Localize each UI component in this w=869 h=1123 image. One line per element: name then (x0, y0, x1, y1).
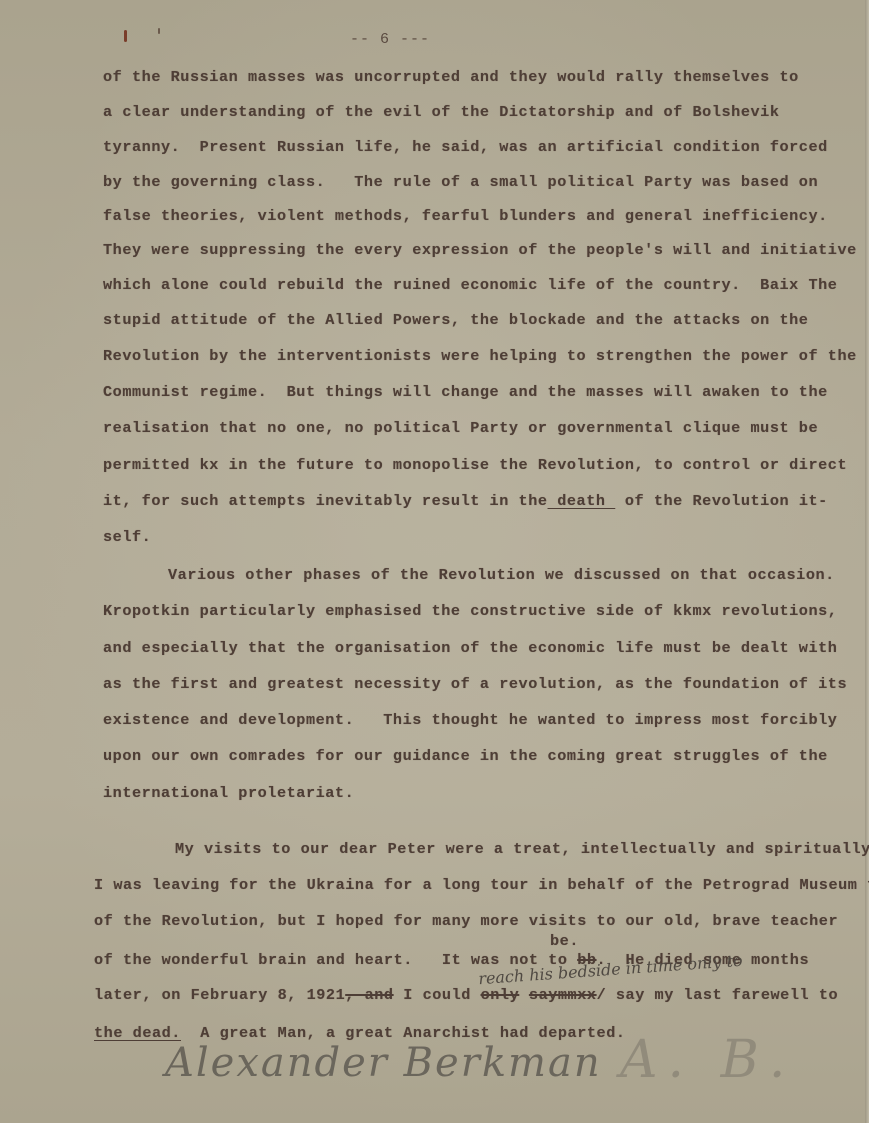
text-line: self. (103, 528, 151, 546)
text-span: I could (394, 986, 481, 1004)
text-line: it, for such attempts inevitably result … (103, 492, 828, 510)
page-number: -- 6 --- (350, 31, 430, 48)
text-line: upon our own comrades for our guidance i… (103, 747, 828, 765)
text-line: and especially that the organisation of … (103, 639, 837, 657)
underlined-word: death (548, 492, 616, 510)
text-line: Revolution by the interventionists were … (103, 347, 857, 365)
text-span: of the wonderful brain and heart. It was… (94, 951, 577, 969)
text-line: by the governing class. The rule of a sm… (103, 173, 818, 191)
text-line: tyranny. Present Russian life, he said, … (103, 138, 828, 156)
text-line: My visits to our dear Peter were a treat… (175, 840, 869, 858)
ink-mark (124, 30, 127, 42)
text-line: a clear understanding of the evil of the… (103, 103, 779, 121)
text-line: existence and development. This thought … (103, 711, 837, 729)
text-span (519, 986, 529, 1004)
paper-edge (865, 0, 869, 1123)
struck-text: only (481, 986, 520, 1004)
text-line: international proletariat. (103, 784, 354, 802)
text-line: permitted kx in the future to monopolise… (103, 456, 847, 474)
text-line: of the Russian masses was uncorrupted an… (103, 68, 799, 86)
handwritten-signature: Alexander Berkman (165, 1040, 602, 1086)
text-line: false theories, violent methods, fearful… (103, 207, 828, 225)
text-line: as the first and greatest necessity of a… (103, 675, 847, 693)
text-line: of the Revolution, but I hoped for many … (94, 912, 838, 930)
ink-mark (158, 28, 160, 34)
text-line: I was leaving for the Ukraina for a long… (94, 876, 869, 894)
text-line: Kropotkin particularly emphasised the co… (103, 602, 837, 620)
text-span: of the Revolution it- (615, 492, 828, 510)
struck-text: saymmxx (529, 986, 597, 1004)
text-line: which alone could rebuild the ruined eco… (103, 276, 837, 294)
text-line: They were suppressing the every expressi… (103, 241, 857, 259)
text-line: Various other phases of the Revolution w… (168, 566, 835, 584)
text-span: it, for such attempts inevitably result … (103, 492, 548, 510)
struck-text: , and (345, 986, 393, 1004)
text-span: later, on February 8, 1921 (94, 986, 345, 1004)
text-line: Communist regime. But things will change… (103, 383, 828, 401)
text-line: later, on February 8, 1921, and I could … (94, 986, 838, 1004)
text-span: / say my last farewell to (597, 986, 839, 1004)
text-line: realisation that no one, no political Pa… (103, 419, 818, 437)
handwritten-initials: A. B. (620, 1030, 795, 1090)
text-line: stupid attitude of the Allied Powers, th… (103, 311, 808, 329)
typed-insertion: be. (550, 932, 579, 950)
